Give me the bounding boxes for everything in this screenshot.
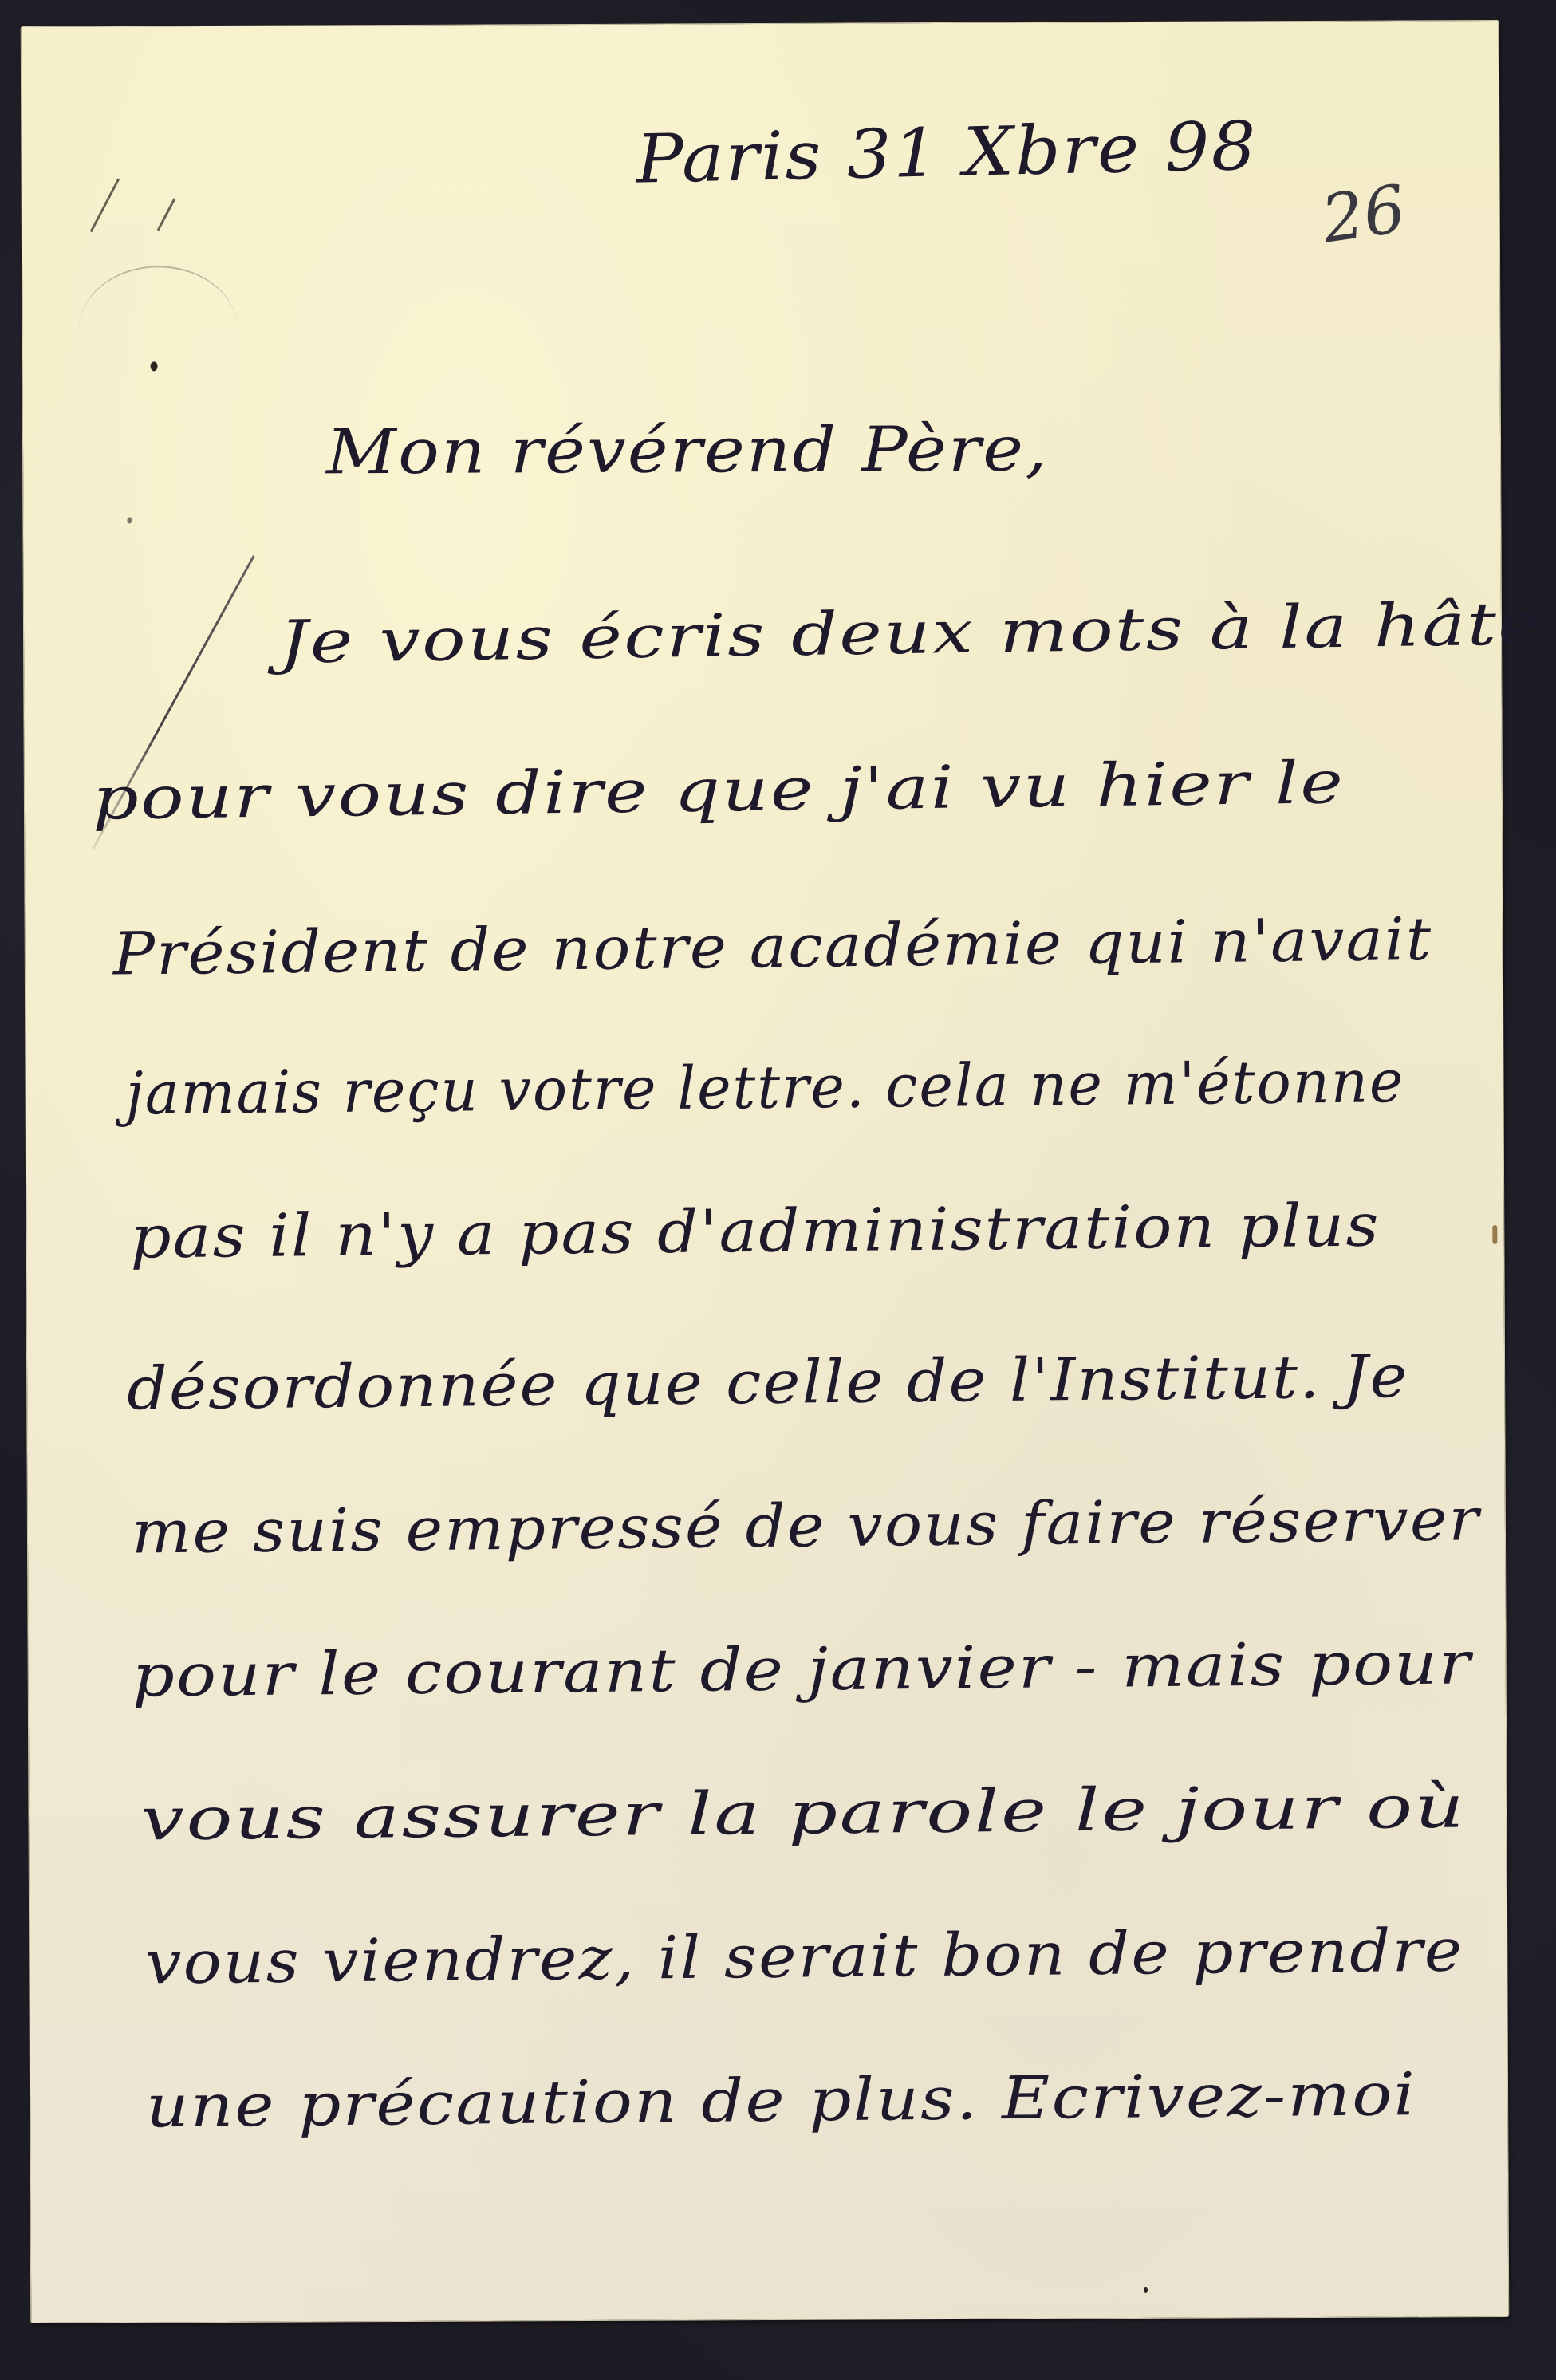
ink-spot (1144, 2287, 1148, 2293)
salutation: Mon révérend Père, (326, 413, 1049, 488)
ink-spot (127, 517, 132, 523)
body-line-1: Je vous écris deux mots à la hâte (278, 589, 1542, 676)
page-number: 26 (1317, 171, 1410, 258)
margin-slash-mark (90, 179, 120, 233)
date-line: Paris 31 Xbre 98 (635, 107, 1258, 199)
body-line-11: une précaution de plus. Ecrivez-moi (146, 2060, 1417, 2141)
pencil-curve-mark (78, 266, 238, 396)
body-line-8: pour le courant de janvier - mais pour (132, 1629, 1472, 1710)
body-line-2: pour vous dire que j'ai vu hier le (92, 748, 1345, 833)
body-line-5: pas il n'y a pas d'administration plus (130, 1191, 1381, 1271)
body-line-4: jamais reçu votre lettre. cela ne m'éton… (125, 1047, 1405, 1128)
body-line-7: me suis empressé de vous faire réserver (132, 1485, 1481, 1566)
ink-spot (151, 361, 158, 371)
edge-stain (1492, 1225, 1497, 1244)
margin-slash-mark (157, 198, 176, 231)
letter-page: Paris 31 Xbre 98 26 Mon révérend Père, J… (22, 21, 1509, 2323)
body-line-3: Président de notre académie qui n'avait (112, 905, 1432, 989)
body-line-6: désordonnée que celle de l'Institut. Je (127, 1342, 1409, 1423)
body-line-9: vous assurer la parole le jour où (140, 1772, 1466, 1854)
body-line-10: vous viendrez, il serait bon de prendre (145, 1917, 1464, 1998)
